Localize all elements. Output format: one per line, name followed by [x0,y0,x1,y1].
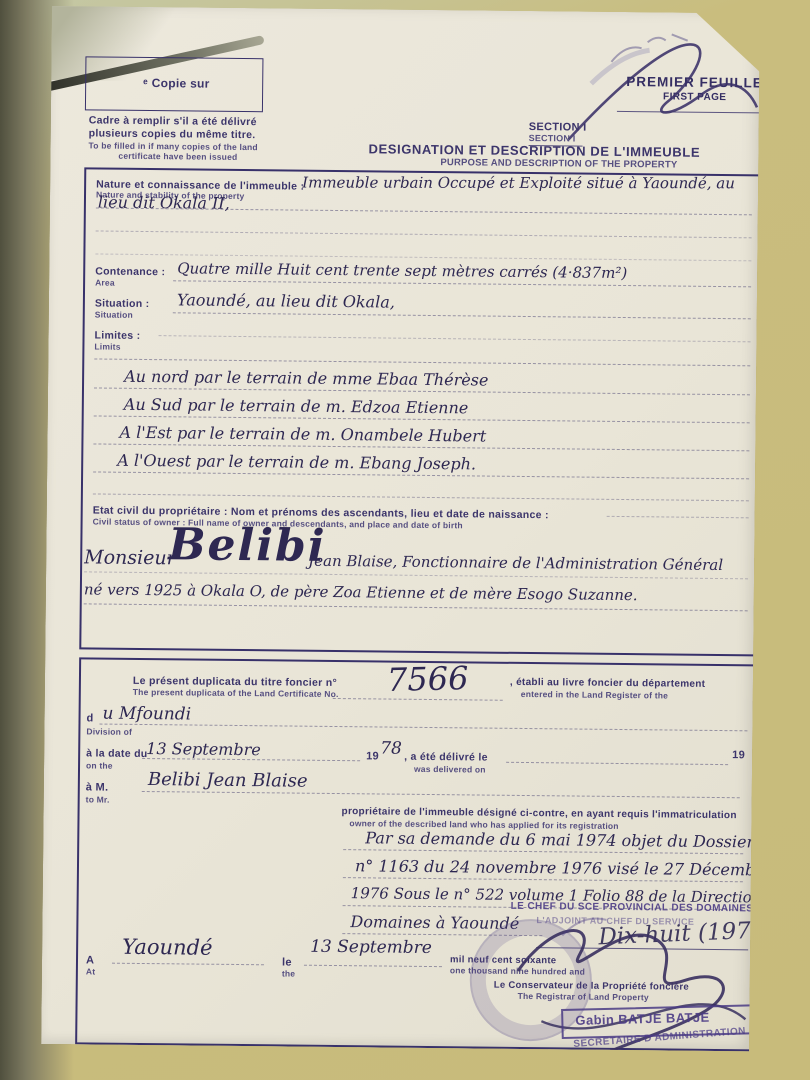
page-title-en: PURPOSE AND DESCRIPTION OF THE PROPERTY [440,157,677,170]
register-label-fr: , établi au livre foncier du département [510,677,705,690]
request-line1: Par sa demande du 6 mai 1974 objet du Do… [365,828,754,851]
copy-count-label: ᵉ Copie sur [143,76,210,91]
area-label-en: Area [95,277,115,287]
limits-label-en: Limits [94,341,120,351]
note-fr-line1: Cadre à remplir s'il a été délivré [89,114,257,128]
nature-value-line1: Immeuble urbain Occupé et Exploité situé… [302,174,735,193]
limit-west: A l'Ouest par le terrain de m. Ebang Jos… [117,451,476,474]
certificate-number: 7566 [387,659,469,699]
division-label-en: Division of [86,726,132,736]
date-value: 13 Septembre [146,739,261,759]
to-label-fr: à M. [86,781,109,793]
division-prefix: d [86,712,93,724]
delivered-label-fr: , a été délivré le [404,751,488,764]
date-label-en: on the [86,760,113,770]
delivered-label-en: was delivered on [414,764,486,775]
section-label-en: SECTION I [529,133,576,143]
date2-value: 13 Septembre [310,937,432,958]
year-printed: 19 [366,750,379,762]
at-label-en: At [86,966,95,976]
the-label-en: the [282,968,295,978]
to-value: Belibi Jean Blaise [148,769,308,792]
owner-surname: Belibi [168,519,327,572]
limit-east: A l'Est par le terrain de m. Onambele Hu… [119,423,486,446]
place-value: Yaoundé [122,935,213,960]
nature-value-line2: lieu dit Okala II, [98,192,230,212]
land-certificate-page: ᵉ Copie sur Cadre à remplir s'il a été d… [41,6,760,1051]
the-label-fr: le [282,956,292,968]
to-label-en: to Mr. [86,794,110,804]
division-value: u Mfoundi [102,704,191,725]
note-en-line2: certificate have been issued [118,151,237,162]
header-signature-scribble [550,21,781,163]
duplicata-label-en: The present duplicata of the Land Certif… [133,687,339,699]
situation-value: Yaoundé, au lieu dit Okala, [177,290,395,311]
date-label-fr: à la date du [86,747,147,760]
situation-label-fr: Situation : [95,297,150,310]
year-value: 78 [380,738,402,758]
limits-label-fr: Limites : [94,329,140,341]
section-label-fr: SECTION I [529,121,587,134]
area-label-fr: Contenance : [95,265,165,278]
year-right: 19 [732,749,745,761]
page-title-fr: DESIGNATION ET DESCRIPTION DE L'IMMEUBLE [368,141,700,159]
limit-north: Au nord par le terrain de mme Ebaa Thérè… [124,367,488,390]
owner-title: Monsieur [84,546,176,569]
register-label-en: entered in the Land Register of the [521,689,668,701]
limit-south: Au Sud par le terrain de m. Edzoa Etienn… [124,395,469,418]
at-label-fr: A [86,954,94,966]
note-fr-line2: plusieurs copies du même titre. [89,127,256,141]
situation-label-en: Situation [95,309,133,319]
